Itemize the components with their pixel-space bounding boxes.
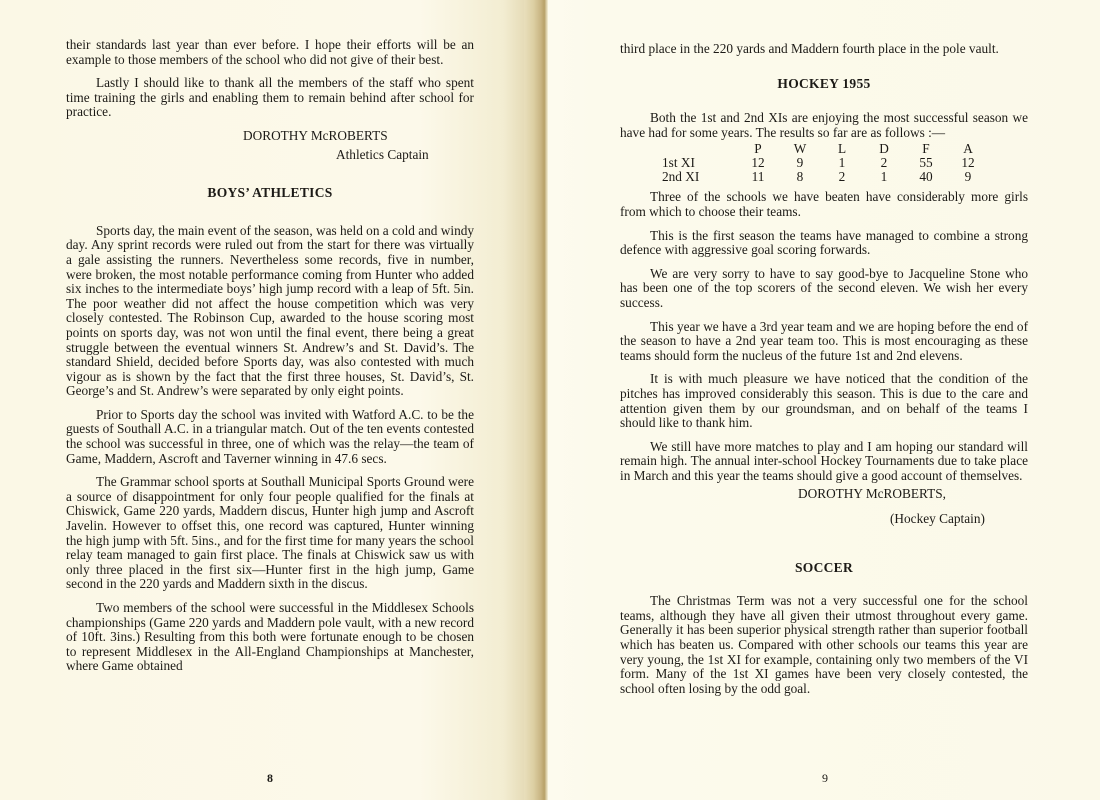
won-value: 8 <box>779 170 821 184</box>
drawn-value: 2 <box>863 156 905 170</box>
right-page: third place in the 220 yards and Maddern… <box>548 0 1100 800</box>
book-spine-gutter <box>524 0 548 800</box>
athletics-signature-title: Athletics Captain <box>336 148 474 163</box>
won-value: 9 <box>779 156 821 170</box>
left-page-text-column: their standards last year than ever befo… <box>66 38 474 683</box>
hockey-results-table: P W L D F A 1st XI 12 9 1 2 55 12 2nd XI… <box>662 142 989 184</box>
table-row: 2nd XI 11 8 2 1 40 9 <box>662 170 989 184</box>
right-page-text-column: third place in the 220 yards and Maddern… <box>620 42 1028 705</box>
left-page: their standards last year than ever befo… <box>0 0 524 800</box>
lost-value: 2 <box>821 170 863 184</box>
goals-against-value: 9 <box>947 170 989 184</box>
played-value: 11 <box>737 170 779 184</box>
hockey-heading: HOCKEY 1955 <box>620 77 1028 92</box>
soccer-paragraph: The Christmas Term was not a very succes… <box>620 594 1028 696</box>
lost-value: 1 <box>821 156 863 170</box>
continuation-paragraph: third place in the 220 yards and Maddern… <box>620 42 1028 57</box>
hockey-paragraph: This year we have a 3rd year team and we… <box>620 320 1028 364</box>
page-number-left: 8 <box>267 771 273 786</box>
hockey-paragraph: This is the first season the teams have … <box>620 229 1028 258</box>
table-header-row: P W L D F A <box>662 142 989 156</box>
hockey-paragraph: It is with much pleasure we have noticed… <box>620 372 1028 430</box>
goals-for-value: 55 <box>905 156 947 170</box>
table-header: D <box>863 142 905 156</box>
boys-athletics-paragraph: The Grammar school sports at Southall Mu… <box>66 475 474 592</box>
intro-paragraph: their standards last year than ever befo… <box>66 38 474 67</box>
table-row: 1st XI 12 9 1 2 55 12 <box>662 156 989 170</box>
intro-paragraph: Lastly I should like to thank all the me… <box>66 76 474 120</box>
drawn-value: 1 <box>863 170 905 184</box>
table-header: W <box>779 142 821 156</box>
hockey-paragraph: Three of the schools we have beaten have… <box>620 190 1028 219</box>
table-header: P <box>737 142 779 156</box>
table-header: L <box>821 142 863 156</box>
table-header <box>662 142 737 156</box>
soccer-heading: SOCCER <box>620 561 1028 576</box>
played-value: 12 <box>737 156 779 170</box>
table-header: A <box>947 142 989 156</box>
goals-for-value: 40 <box>905 170 947 184</box>
team-name: 2nd XI <box>662 170 737 184</box>
goals-against-value: 12 <box>947 156 989 170</box>
hockey-intro-paragraph: Both the 1st and 2nd XIs are enjoying th… <box>620 111 1028 140</box>
table-header: F <box>905 142 947 156</box>
athletics-signature-name: DOROTHY McROBERTS <box>243 129 474 144</box>
team-name: 1st XI <box>662 156 737 170</box>
hockey-paragraph: We are very sorry to have to say good-by… <box>620 267 1028 311</box>
hockey-paragraph: We still have more matches to play and I… <box>620 440 1028 484</box>
boys-athletics-paragraph: Two members of the school were successfu… <box>66 601 474 674</box>
hockey-signature-name: DOROTHY McROBERTS, <box>798 487 1028 502</box>
page-number-right: 9 <box>822 771 828 786</box>
hockey-signature-title: (Hockey Captain) <box>890 512 1028 527</box>
boys-athletics-paragraph: Prior to Sports day the school was invit… <box>66 408 474 466</box>
boys-athletics-paragraph: Sports day, the main event of the season… <box>66 224 474 399</box>
boys-athletics-heading: BOYS’ ATHLETICS <box>66 186 474 201</box>
